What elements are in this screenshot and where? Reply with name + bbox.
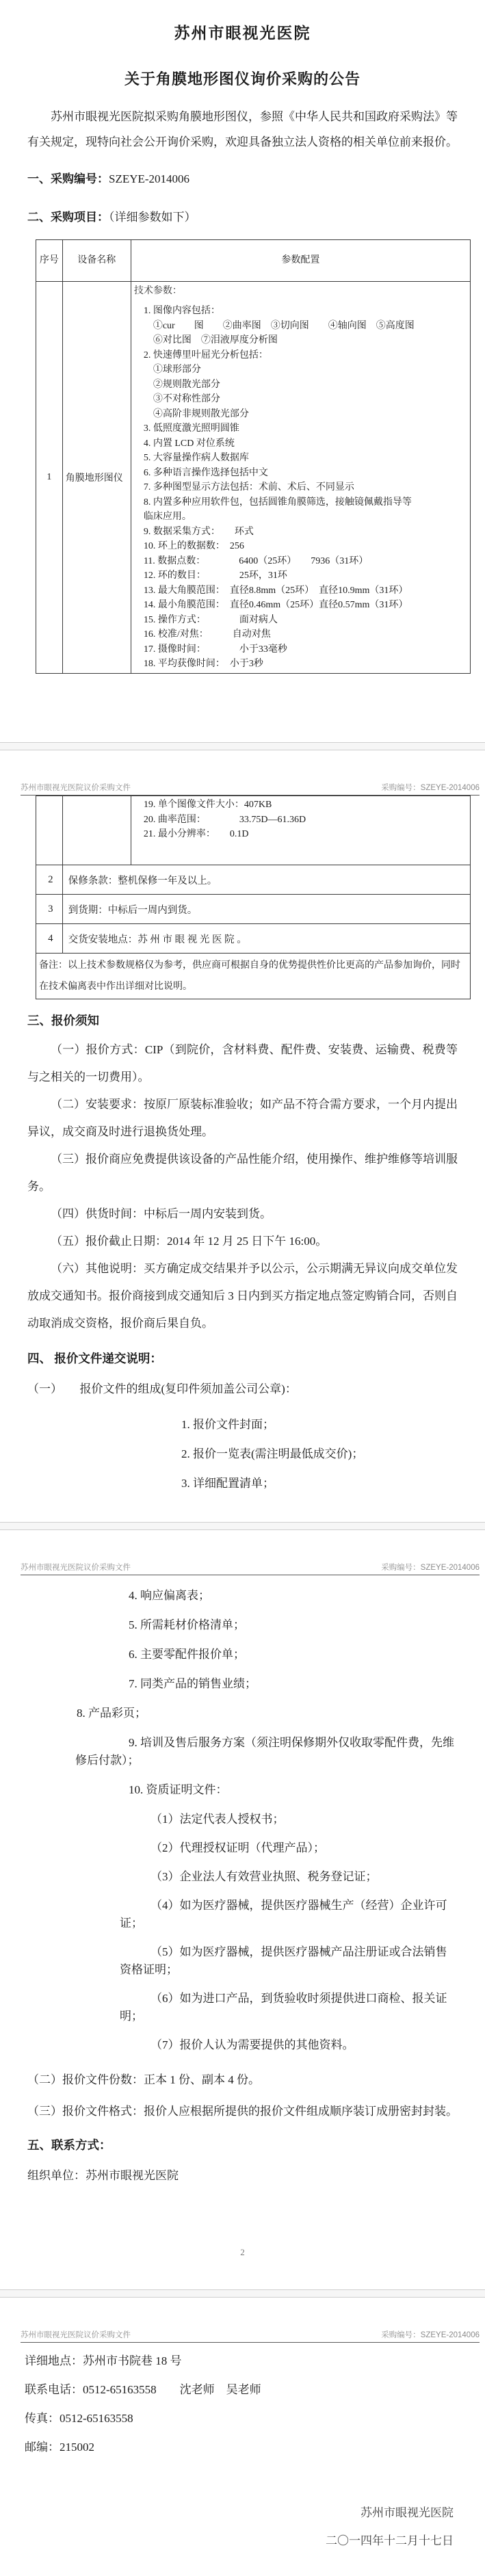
- running-header-right: 采购编号：SZEYE-2014006: [381, 2329, 480, 2340]
- running-header: 苏州市眼视光医院议价采购文件 采购编号：SZEYE-2014006: [21, 782, 480, 796]
- document-subtitle: 关于角膜地形图仪询价采购的公告: [0, 68, 485, 89]
- section2-label: 二、采购项目：: [27, 211, 109, 224]
- fax-line: 传真：0512-65163558: [25, 2404, 458, 2433]
- certificate-item: （5）如为医疗器械，提供医疗器械产品注册证或合法销售资格证明；: [27, 1943, 458, 1979]
- section3-heading: 三、报价须知: [27, 1009, 458, 1032]
- spec-line: ④高阶非规则散光部分: [134, 407, 467, 422]
- col-header-index: 序号: [36, 240, 63, 282]
- col-header-params: 参数配置: [131, 240, 470, 282]
- spec-line: 17. 摄像时间： 小于33毫秒: [134, 642, 467, 657]
- running-header: 苏州市眼视光医院议价采购文件 采购编号：SZEYE-2014006: [21, 2329, 480, 2343]
- document-list-item: 1. 报价文件封面；: [181, 1416, 458, 1434]
- spec-line: 5. 大容量操作病人数据库: [134, 451, 467, 466]
- signature-block: 苏州市眼视光医院 二〇一四年十二月十七日: [25, 2499, 458, 2555]
- section4-part1-heading: （一） 报价文件的组成(复印件须加盖公司公章)：: [27, 1374, 458, 1404]
- empty-name-cell: [62, 796, 131, 865]
- condition-row: 2 保修条款：整机保修一年及以上。: [36, 865, 471, 895]
- section2-heading: 二、采购项目：（详细参数如下）: [27, 204, 458, 231]
- spec-line: 11. 数据点数： 6400（25环） 7936（31环）: [134, 554, 467, 569]
- spec-line: 19. 单个图像文件大小：407KB: [134, 798, 467, 813]
- spec-line: 21. 最小分辨率： 0.1D: [134, 827, 467, 842]
- spec-line: 10. 环上的数据数： 256: [134, 539, 467, 554]
- running-header: 苏州市眼视光医院议价采购文件 采购编号：SZEYE-2014006: [21, 1562, 480, 1575]
- device-params-cell: 技术参数： 1. 图像内容包括： ①cur 图 ②曲率图 ③切向图 ④轴向图 ⑤…: [131, 282, 470, 674]
- organizer-line: 组织单位：苏州市眼视光医院: [27, 2161, 458, 2191]
- equipment-spec-table-continued: 19. 单个图像文件大小：407KB20. 曲率范围： 33.75D—61.36…: [36, 796, 471, 999]
- document-list-tail: 8. 产品彩页； 9. 培训及售后服务方案（须注明保修期外仅收取零配件费，先维修…: [27, 1705, 458, 1799]
- page3-content: 4. 响应偏离表；5. 所需耗材价格清单；6. 主要零配件报价单；7. 同类产品…: [0, 1587, 485, 2191]
- running-header-left: 苏州市眼视光医院议价采购文件: [21, 1562, 131, 1573]
- table-note: 备注：以上技术参数规格仅为参考，供应商可根据自身的优势提供性价比更高的产品参加询…: [36, 954, 471, 999]
- condition-text: 交货安装地点：苏 州 市 眼 视 光 医 院 。: [62, 924, 470, 954]
- condition-index: 4: [36, 924, 63, 954]
- section3-item: （六）其他说明：买方确定成交结果并予以公示，公示期满无异议向成交单位发放成交通知…: [27, 1255, 458, 1337]
- page2-content: 19. 单个图像文件大小：407KB20. 曲率范围： 33.75D—61.36…: [0, 796, 485, 1493]
- running-header-right: 采购编号：SZEYE-2014006: [381, 1562, 480, 1573]
- empty-index-cell: [36, 796, 63, 865]
- procurement-number: SZEYE-2014006: [109, 172, 189, 185]
- certificate-item: （4）如为医疗器械，提供医疗器械生产（经营）企业许可证；: [27, 1897, 458, 1932]
- page-number: 1: [0, 1480, 485, 1490]
- table-note-row: 备注：以上技术参数规格仅为参考，供应商可根据自身的优势提供性价比更高的产品参加询…: [36, 954, 471, 999]
- spec-line: ①cur 图 ②曲率图 ③切向图 ④轴向图 ⑤高度图: [134, 319, 467, 334]
- spec-line: ③不对称性部分: [134, 392, 467, 407]
- running-header-left: 苏州市眼视光医院议价采购文件: [21, 2329, 131, 2340]
- spec-line: ⑥对比图 ⑦泪液厚度分析图: [134, 333, 467, 348]
- spec-line: 9. 数据采集方式： 环式: [134, 525, 467, 540]
- spec-line: 8. 内置多种应用软件包，包括圆锥角膜筛选，接触镜佩戴指导等 临床应用。: [134, 495, 467, 525]
- document-list-item: 2. 报价一览表(需注明最低成交价)；: [181, 1445, 458, 1463]
- page-1: 苏州市眼视光医院 关于角膜地形图仪询价采购的公告 苏州市眼视光医院拟采购角膜地形…: [0, 0, 485, 742]
- condition-text: 到货期：中标后一周内到货。: [62, 895, 470, 924]
- page-4: 苏州市眼视光医院议价采购文件 采购编号：SZEYE-2014006 详细地点：苏…: [0, 2298, 485, 2576]
- page-3: 苏州市眼视光医院议价采购文件 采购编号：SZEYE-2014006 4. 响应偏…: [0, 1530, 485, 2289]
- section3-item: （四）供货时间：中标后一周内安装到货。: [27, 1200, 458, 1228]
- table-header-row: 序号 设备名称 参数配置: [36, 240, 471, 282]
- page-number: 2: [0, 2247, 485, 2258]
- section3-item: （一）报价方式：CIP（到院价，含材料费、配件费、安装费、运输费、税费等与之相关…: [27, 1036, 458, 1091]
- spec-line: 6. 多种语言操作选择包括中文: [134, 466, 467, 481]
- spec-line: ①球形部分: [134, 363, 467, 378]
- section3-item: （五）报价截止日期：2014 年 12 月 25 日下午 16:00。: [27, 1228, 458, 1255]
- running-header-left: 苏州市眼视光医院议价采购文件: [21, 782, 131, 793]
- certificate-item: （3）企业法人有效营业执照、税务登记证；: [27, 1868, 458, 1886]
- spec-line: 4. 内置 LCD 对位系统: [134, 436, 467, 451]
- section1-label: 一、采购编号：: [27, 172, 109, 185]
- page-2: 苏州市眼视光医院议价采购文件 采购编号：SZEYE-2014006 19. 单个…: [0, 750, 485, 1522]
- spec-line: 2. 快速傅里叶屈光分析包括：: [134, 348, 467, 363]
- spec-line: 15. 操作方式： 面对病人: [134, 613, 467, 628]
- document-list-item: 7. 同类产品的销售业绩；: [129, 1675, 458, 1693]
- certificate-list: （1）法定代表人授权书；（2）代理授权证明（代理产品）；（3）企业法人有效营业执…: [27, 1811, 458, 2054]
- section5-heading: 五、联系方式：: [27, 2133, 458, 2157]
- condition-rows: 2 保修条款：整机保修一年及以上。 3 到货期：中标后一周内到货。 4 交货安装…: [36, 865, 471, 954]
- section4-part3: （三）报价文件格式：报价人应根据所提供的报价文件组成顺序装订成册密封封装。: [27, 2099, 458, 2124]
- section3-items: （一）报价方式：CIP（到院价，含材料费、配件费、安装费、运输费、税费等与之相关…: [27, 1036, 458, 1337]
- certificate-item: （6）如为进口产品，到货验收时须提供进口商检、报关证明；: [27, 1990, 458, 2025]
- signature-date: 二〇一四年十二月十七日: [25, 2527, 454, 2555]
- device-row: 1 角膜地形图仪 技术参数： 1. 图像内容包括： ①cur 图 ②曲率图 ③切…: [36, 282, 471, 674]
- page-separator-3: [0, 2289, 485, 2298]
- page-separator-2: [0, 1522, 485, 1530]
- certificate-item: （7）报价人认为需要提供的其他资料。: [27, 2036, 458, 2054]
- document-list-item: 4. 响应偏离表；: [129, 1587, 458, 1605]
- page-separator-1: [0, 742, 485, 750]
- section2-note: （详细参数如下）: [109, 211, 196, 224]
- intro-paragraph: 苏州市眼视光医院拟采购角膜地形图仪，参照《中华人民共和国政府采购法》等有关规定，…: [27, 104, 458, 155]
- col-header-device-name: 设备名称: [62, 240, 131, 282]
- page1-content: 苏州市眼视光医院拟采购角膜地形图仪，参照《中华人民共和国政府采购法》等有关规定，…: [0, 104, 485, 674]
- condition-row: 4 交货安装地点：苏 州 市 眼 视 光 医 院 。: [36, 924, 471, 954]
- zip-line: 邮编：215002: [25, 2433, 458, 2462]
- spec-line: 18. 平均获像时间： 小于3秒: [134, 657, 467, 672]
- device-name: 角膜地形图仪: [62, 282, 131, 674]
- condition-index: 2: [36, 865, 63, 895]
- document-title: 苏州市眼视光医院: [0, 21, 485, 43]
- spec-line: 16. 校准/对焦： 自动对焦: [134, 627, 467, 642]
- section3-item: （二）安装要求：按原厂原装标准验收；如产品不符合需方要求，一个月内提出异议，成交…: [27, 1091, 458, 1146]
- condition-index: 3: [36, 895, 63, 924]
- spec-line: 3. 低照度激光照明圆锥: [134, 421, 467, 436]
- device-index: 1: [36, 282, 63, 674]
- section4-part2: （二）报价文件份数：正本 1 份、副本 4 份。: [27, 2065, 458, 2095]
- spec-line: 14. 最小角膜范围： 直径0.46mm（25环）直径0.57mm（31环）: [134, 598, 467, 613]
- section3-item: （三）报价商应免费提供该设备的产品性能介绍，使用操作、维护维修等培训服务。: [27, 1146, 458, 1200]
- phone-line: 联系电话：0512-65163558 沈老师 吴老师: [25, 2376, 458, 2404]
- document-list-item-9: 9. 培训及售后服务方案（须注明保修期外仅收取零配件费，先维修后付款）；: [27, 1734, 458, 1770]
- section4-heading: 四、 报价文件递交说明：: [27, 1347, 458, 1370]
- specs-list-page2: 19. 单个图像文件大小：407KB20. 曲率范围： 33.75D—61.36…: [134, 798, 467, 863]
- document-list-item: 6. 主要零配件报价单；: [129, 1646, 458, 1664]
- document-list-item: 5. 所需耗材价格清单；: [129, 1616, 458, 1634]
- spec-line: 13. 最大角膜范围： 直径8.8mm（25环） 直径10.9mm（31环）: [134, 583, 467, 599]
- equipment-spec-table: 序号 设备名称 参数配置 1 角膜地形图仪 技术参数： 1. 图像内容包括： ①…: [36, 239, 471, 674]
- specs-title: 技术参数：: [134, 283, 467, 300]
- device-params-cell-continued: 19. 单个图像文件大小：407KB20. 曲率范围： 33.75D—61.36…: [131, 796, 470, 865]
- certificate-item: （1）法定代表人授权书；: [27, 1811, 458, 1828]
- device-row-continued: 19. 单个图像文件大小：407KB20. 曲率范围： 33.75D—61.36…: [36, 796, 471, 865]
- section1-heading: 一、采购编号：SZEYE-2014006: [27, 166, 458, 193]
- spec-line: 7. 多种图型显示方法包括：术前、术后、不同显示: [134, 480, 467, 495]
- document-list-item-10: 10. 资质证明文件：: [129, 1781, 458, 1799]
- signature-org: 苏州市眼视光医院: [25, 2499, 454, 2527]
- spec-line: ②规则散光部分: [134, 378, 467, 393]
- spec-line: 20. 曲率范围： 33.75D—61.36D: [134, 813, 467, 828]
- condition-text: 保修条款：整机保修一年及以上。: [62, 865, 470, 895]
- spec-line: 1. 图像内容包括：: [134, 304, 467, 319]
- document-list-page3: 4. 响应偏离表；5. 所需耗材价格清单；6. 主要零配件报价单；7. 同类产品…: [27, 1587, 458, 1693]
- specs-list-page1: 1. 图像内容包括： ①cur 图 ②曲率图 ③切向图 ④轴向图 ⑤高度图 ⑥对…: [134, 304, 467, 672]
- document-list-item-8: 8. 产品彩页；: [77, 1705, 458, 1722]
- condition-row: 3 到货期：中标后一周内到货。: [36, 895, 471, 924]
- page4-content: 详细地点：苏州市书院巷 18 号 联系电话：0512-65163558 沈老师 …: [0, 2343, 485, 2555]
- address-line: 详细地点：苏州市书院巷 18 号: [25, 2347, 458, 2376]
- running-header-right: 采购编号：SZEYE-2014006: [381, 782, 480, 793]
- spec-line: 12. 环的数目： 25环，31环: [134, 568, 467, 583]
- certificate-item: （2）代理授权证明（代理产品）；: [27, 1839, 458, 1857]
